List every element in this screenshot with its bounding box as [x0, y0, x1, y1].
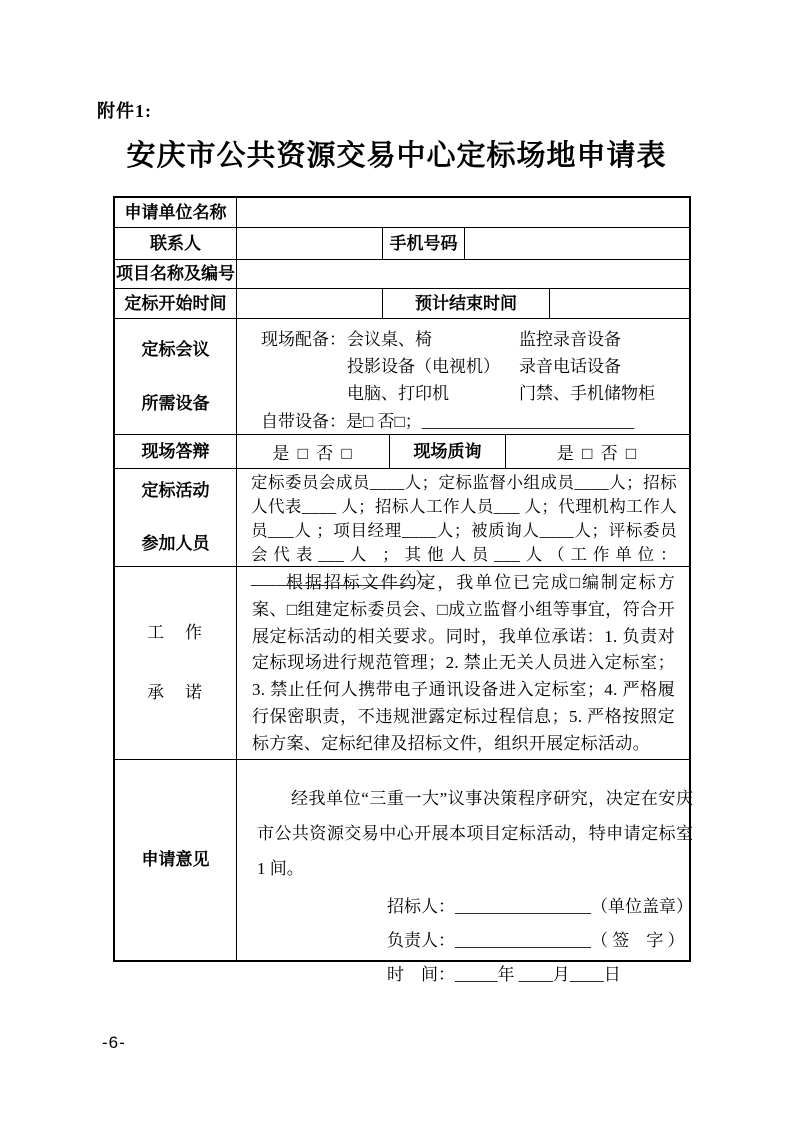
inquiry-label: 现场质询 — [390, 435, 506, 468]
start-time-label: 定标开始时间 — [115, 289, 237, 318]
signature-block: 招标人：________________（单位盖章） 负责人：_________… — [387, 890, 693, 992]
application-form-table: 申请单位名称 联系人 手机号码 项目名称及编号 定标开始时间 预计结束时间 定标… — [113, 196, 691, 962]
responsible-sign-line: 负责人：________________（ 签 字 ） — [387, 924, 693, 958]
responsible-sign-note: （ 签 字 ） — [591, 931, 685, 950]
equipment-label-line2: 所需设备 — [142, 393, 210, 415]
own-equipment-checkboxes[interactable]: 是□ 否□； — [346, 408, 422, 435]
responsible-label: 负责人： — [387, 931, 455, 950]
attachment-label: 附件1: — [97, 97, 152, 123]
own-equipment-prefix: 自带设备： — [261, 408, 346, 435]
equipment-content: 现场配备： 会议桌、椅 监控录音设备 投影设备（电视机） 录音电话设备 电脑、打… — [237, 319, 689, 434]
project-name-field[interactable] — [237, 260, 689, 288]
tenderer-blank[interactable]: ________________ — [455, 897, 591, 916]
table-row-commitment: 工 作 承 诺 根据招标文件约定，我单位已完成□编制定标方案、□组建定标委员会、… — [115, 567, 689, 760]
date-sign-line: 时 间：_____年 ____月____日 — [387, 958, 693, 992]
date-blank[interactable]: _____年 ____月____日 — [455, 965, 621, 984]
table-row-opinion: 申请意见 经我单位“三重一大”议事决策程序研究，决定在安庆市公共资源交易中心开展… — [115, 760, 689, 960]
equipment-line-3: 电脑、打印机 门禁、手机储物柜 — [261, 380, 679, 407]
end-time-field[interactable] — [550, 289, 689, 318]
equipment-item: 监控录音设备 — [519, 326, 679, 353]
table-row-project: 项目名称及编号 — [115, 260, 689, 289]
phone-number-label: 手机号码 — [383, 228, 465, 259]
page-title: 安庆市公共资源交易中心定标场地申请表 — [0, 133, 793, 174]
table-row-participants: 定标活动 参加人员 定标委员会成员____人；定标监督小组成员____人；招标人… — [115, 469, 689, 567]
commitment-text: 根据招标文件约定，我单位已完成□编制定标方案、□组建定标委员会、□成立监督小组等… — [237, 567, 689, 759]
start-time-field[interactable] — [237, 289, 383, 318]
opinion-label: 申请意见 — [115, 760, 237, 960]
inquiry-yes-no-checkboxes[interactable]: 是 □ 否 □ — [506, 435, 689, 468]
contact-person-label: 联系人 — [115, 228, 237, 259]
opinion-paragraph: 经我单位“三重一大”议事决策程序研究，决定在安庆市公共资源交易中心开展本项目定标… — [257, 781, 693, 886]
participants-text: 定标委员会成员____人；定标监督小组成员____人；招标人代表____ 人；招… — [237, 469, 689, 566]
site-provided-prefix: 现场配备： — [261, 326, 347, 353]
page-number: -6- — [102, 1033, 126, 1053]
tenderer-label: 招标人： — [387, 897, 455, 916]
document-page: 附件1: 安庆市公共资源交易中心定标场地申请表 申请单位名称 联系人 手机号码 … — [0, 0, 793, 1122]
date-label: 时 间： — [387, 965, 455, 984]
table-row-schedule: 定标开始时间 预计结束时间 — [115, 289, 689, 319]
equipment-item: 门禁、手机储物柜 — [519, 380, 679, 407]
responsible-blank[interactable]: ________________ — [455, 931, 591, 950]
applicant-name-field[interactable] — [237, 198, 689, 227]
participants-label: 定标活动 参加人员 — [115, 469, 237, 566]
project-name-label: 项目名称及编号 — [115, 260, 237, 288]
equipment-item: 录音电话设备 — [519, 353, 679, 380]
commitment-label: 工 作 承 诺 — [115, 567, 237, 759]
phone-number-field[interactable] — [465, 228, 689, 259]
own-equipment-blank[interactable]: _________________________ — [422, 408, 635, 435]
defense-yes-no-checkboxes[interactable]: 是 □ 否 □ — [237, 435, 390, 468]
opinion-content: 经我单位“三重一大”议事决策程序研究，决定在安庆市公共资源交易中心开展本项目定标… — [237, 760, 713, 960]
equipment-label-line1: 定标会议 — [142, 339, 210, 361]
table-row-applicant: 申请单位名称 — [115, 198, 689, 228]
table-row-defense: 现场答辩 是 □ 否 □ 现场质询 是 □ 否 □ — [115, 435, 689, 469]
commitment-label-line1: 工 作 — [147, 622, 204, 644]
table-row-contact: 联系人 手机号码 — [115, 228, 689, 260]
table-row-equipment: 定标会议 所需设备 现场配备： 会议桌、椅 监控录音设备 投影设备（电视机） 录… — [115, 319, 689, 435]
applicant-name-label: 申请单位名称 — [115, 198, 237, 227]
commitment-label-line2: 承 诺 — [147, 682, 204, 704]
equipment-item: 会议桌、椅 — [347, 326, 519, 353]
equipment-label: 定标会议 所需设备 — [115, 319, 237, 434]
participants-label-line1: 定标活动 — [142, 480, 210, 502]
equipment-item: 电脑、打印机 — [347, 380, 519, 407]
equipment-line-2: 投影设备（电视机） 录音电话设备 — [261, 353, 679, 380]
end-time-label: 预计结束时间 — [383, 289, 550, 318]
contact-person-field[interactable] — [237, 228, 383, 259]
own-equipment-line: 自带设备： 是□ 否□； _________________________ — [261, 408, 679, 435]
equipment-item: 投影设备（电视机） — [347, 353, 519, 380]
equipment-line-1: 现场配备： 会议桌、椅 监控录音设备 — [261, 326, 679, 353]
participants-label-line2: 参加人员 — [142, 533, 210, 555]
tenderer-seal-note: （单位盖章） — [591, 897, 693, 916]
defense-label: 现场答辩 — [115, 435, 237, 468]
tenderer-sign-line: 招标人：________________（单位盖章） — [387, 890, 693, 924]
